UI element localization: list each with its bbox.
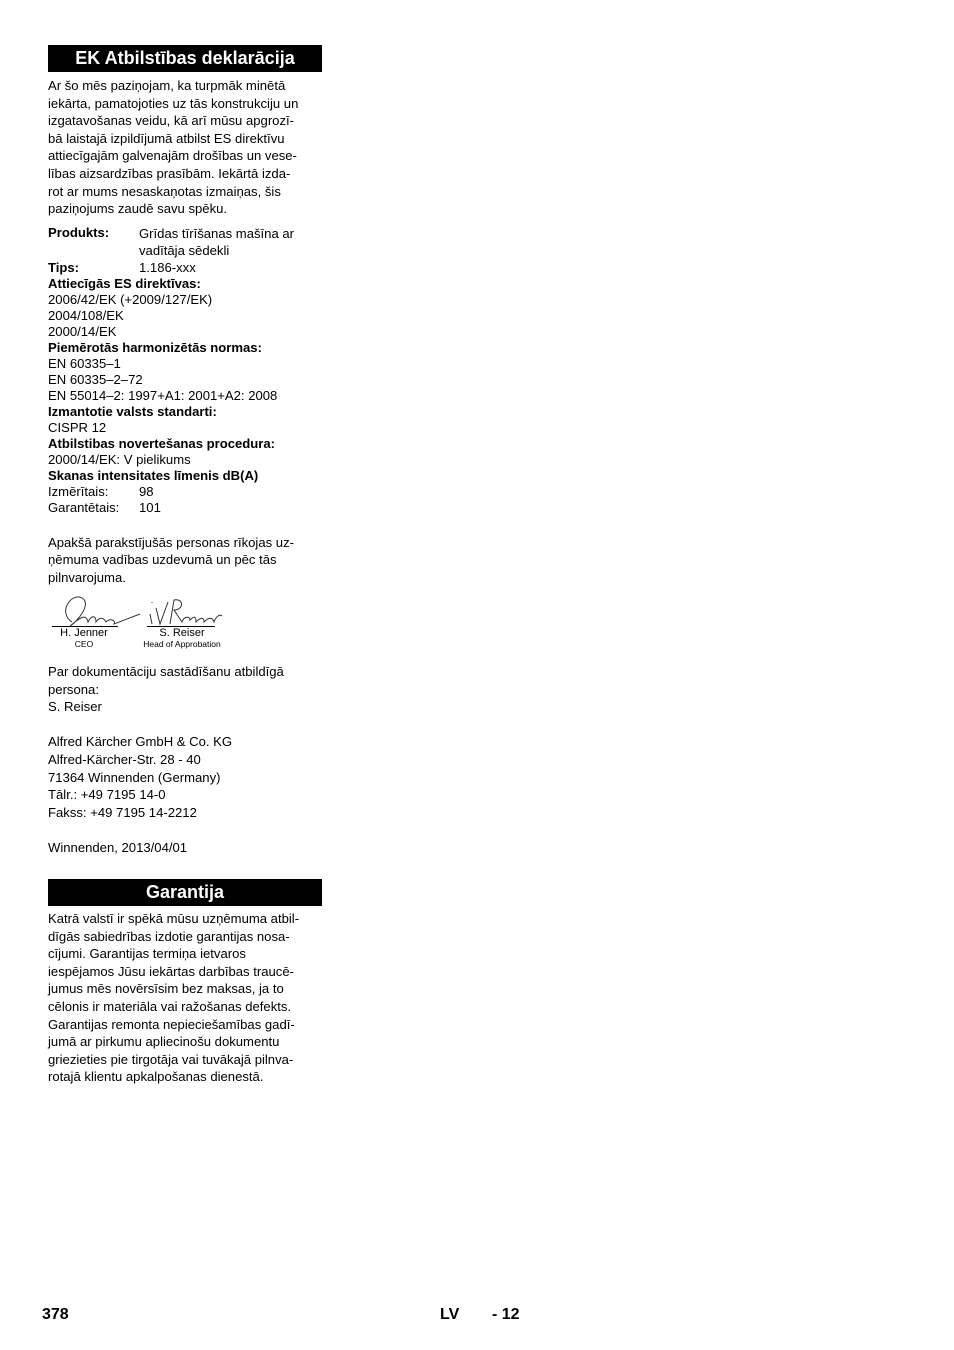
warranty-line: rotajā klientu apkalpošanas dienestā. (48, 1068, 322, 1086)
directive-item: 2004/108/EK (48, 308, 322, 324)
intro-line: attiecīgajām galvenajām drošības un vese… (48, 147, 322, 165)
intro-line: bā laistajā izpildījumā atbilst ES direk… (48, 130, 322, 148)
signatures-area: H. Jenner CEO S. Reiser Head of Approbat… (48, 590, 248, 655)
signatory-name: H. Jenner (48, 627, 120, 639)
noise-guaranteed-label: Garantētais: (48, 500, 139, 516)
norm-item: EN 55014–2: 1997+A1: 2001+A2: 2008 (48, 388, 322, 404)
declaration-intro: Ar šo mēs paziņojam, ka turpmāk minētā i… (48, 77, 322, 218)
address-line: Alfred-Kärcher-Str. 28 - 40 (48, 751, 322, 769)
procedure-item: 2000/14/EK: V pielikums (48, 452, 322, 468)
noise-measured-value: 98 (139, 484, 154, 500)
product-value: Grīdas tīrīšanas mašīna ar vadītāja sēde… (139, 225, 294, 260)
norm-item: EN 60335–1 (48, 356, 322, 372)
intro-line: Ar šo mēs paziņojam, ka turpmāk minētā (48, 77, 322, 95)
noise-measured-label: Izmērītais: (48, 484, 139, 500)
address-line: Fakss: +49 7195 14-2212 (48, 804, 322, 822)
warranty-text: Katrā valstī ir spēkā mūsu uzņēmuma atbi… (48, 910, 322, 1086)
statement-line: Apakšā parakstījušās personas rīkojas uz… (48, 534, 322, 552)
place-date: Winnenden, 2013/04/01 (48, 839, 322, 857)
language-code: LV (440, 1306, 459, 1324)
signatory-jenner: H. Jenner CEO (48, 627, 120, 650)
declaration-heading: EK Atbilstības deklarācija (48, 45, 322, 72)
warranty-line: cījumi. Garantijas termiņa ietvaros (48, 945, 322, 963)
warranty-line: jumā ar pirkumu apliecinošu dokumentu (48, 1033, 322, 1051)
noise-heading: Skanas intensitates līmenis dB(A) (48, 468, 322, 484)
signatory-name: S. Reiser (136, 627, 228, 639)
warranty-line: Katrā valstī ir spēkā mūsu uzņēmuma atbi… (48, 910, 322, 928)
national-standards-heading: Izmantotie valsts standarti: (48, 404, 322, 420)
statement-line: pilnvarojuma. (48, 569, 322, 587)
noise-measured-row: Izmērītais: 98 (48, 484, 322, 500)
warranty-line: griezieties pie tirgotāja vai tuvākajā p… (48, 1051, 322, 1069)
warranty-heading: Garantija (48, 879, 322, 906)
doc-person-line: S. Reiser (48, 698, 322, 716)
signatory-reiser: S. Reiser Head of Approbation (136, 627, 228, 650)
norm-item: EN 60335–2–72 (48, 372, 322, 388)
warranty-line: cēlonis ir materiāla vai ražošanas defek… (48, 998, 322, 1016)
address-line: Alfred Kärcher GmbH & Co. KG (48, 733, 322, 751)
directives-heading: Attiecīgās ES direktīvas: (48, 276, 322, 292)
address-line: 71364 Winnenden (Germany) (48, 769, 322, 787)
signatories-statement: Apakšā parakstījušās personas rīkojas uz… (48, 534, 322, 587)
product-label: Produkts: (48, 225, 139, 260)
intro-line: lības aizsardzības prasībām. Iekārtā izd… (48, 165, 322, 183)
noise-guaranteed-row: Garantētais: 101 (48, 500, 322, 516)
address-line: Tālr.: +49 7195 14-0 (48, 786, 322, 804)
signatory-role: CEO (48, 639, 120, 650)
intro-line: paziņojums zaudē savu spēku. (48, 200, 322, 218)
directive-item: 2006/42/EK (+2009/127/EK) (48, 292, 322, 308)
page-number: 378 (42, 1306, 69, 1324)
warranty-section: Garantija Katrā valstī ir spēkā mūsu uzņ… (48, 879, 322, 1086)
signature-reiser-icon (146, 596, 226, 626)
doc-person-line: Par dokumentāciju sastādīšanu atbildīgā (48, 663, 322, 681)
intro-line: rot ar mums nesaskaņotas izmaiņas, šis (48, 183, 322, 201)
warranty-line: jumus mēs novērsīsim bez maksas, ja to (48, 980, 322, 998)
product-row: Produkts: Grīdas tīrīšanas mašīna ar vad… (48, 225, 322, 260)
national-standard-item: CISPR 12 (48, 420, 322, 436)
product-details: Produkts: Grīdas tīrīšanas mašīna ar vad… (48, 225, 322, 516)
signatory-role: Head of Approbation (136, 639, 228, 650)
warranty-line: iespējamos Jūsu iekārtas darbības traucē… (48, 963, 322, 981)
doc-person-line: persona: (48, 681, 322, 699)
type-value: 1.186-xxx (139, 260, 196, 276)
warranty-line: dīgās sabiedrības izdotie garantijas nos… (48, 928, 322, 946)
statement-line: ņēmuma vadības uzdevumā un pēc tās (48, 551, 322, 569)
section-page-number: - 12 (492, 1306, 520, 1324)
intro-line: izgatavošanas veidu, kā arī mūsu apgrozī… (48, 112, 322, 130)
type-row: Tips: 1.186-xxx (48, 260, 322, 276)
contact-section: Par dokumentāciju sastādīšanu atbildīgā … (48, 663, 322, 857)
norms-heading: Piemērotās harmonizētās normas: (48, 340, 322, 356)
procedure-heading: Atbilstibas novertešanas procedura: (48, 436, 322, 452)
warranty-line: Garantijas remonta nepieciešamības gadī- (48, 1016, 322, 1034)
intro-line: iekārta, pamatojoties uz tās konstrukcij… (48, 95, 322, 113)
product-value-line: vadītāja sēdekli (139, 242, 294, 260)
type-label: Tips: (48, 260, 139, 276)
product-value-line: Grīdas tīrīšanas mašīna ar (139, 225, 294, 243)
directive-item: 2000/14/EK (48, 324, 322, 340)
noise-guaranteed-value: 101 (139, 500, 161, 516)
declaration-section: EK Atbilstības deklarācija Ar šo mēs paz… (48, 45, 322, 587)
